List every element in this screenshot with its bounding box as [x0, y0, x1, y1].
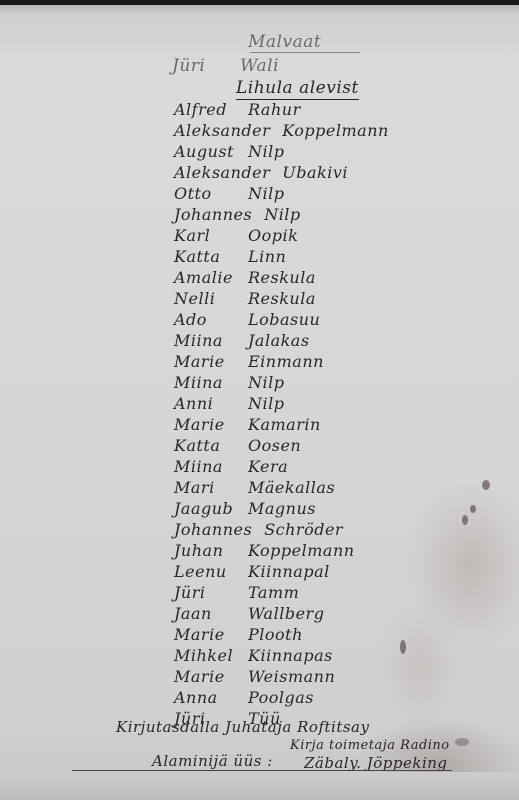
first-name: Alfred — [174, 100, 236, 119]
footer-signers-label: Alaminijä üüs : — [152, 752, 273, 770]
last-name: Magnus — [248, 499, 316, 518]
list-item: KarlOopik — [174, 226, 298, 245]
first-name: Katta — [174, 436, 236, 455]
first-name: Johannes — [174, 205, 252, 224]
first-name: Leenu — [174, 562, 236, 581]
last-name: Jalakas — [248, 331, 310, 350]
last-name: Reskula — [248, 289, 316, 308]
first-name: August — [174, 142, 236, 161]
last-name: Wallberg — [248, 604, 324, 623]
ink-stain — [455, 738, 469, 746]
last-name: Schröder — [264, 520, 343, 539]
last-name: Koppelmann — [248, 541, 355, 560]
first-name: Mihkel — [174, 646, 236, 665]
heading-left-fragment: Jüri — [172, 56, 205, 76]
list-item: KattaLinn — [174, 247, 286, 266]
list-item: MiinaJalakas — [174, 331, 310, 350]
heading-subtitle: Wali — [240, 56, 279, 76]
last-name: Oopik — [248, 226, 298, 245]
last-name: Poolgas — [248, 688, 314, 707]
list-item: JuhanKoppelmann — [174, 541, 355, 560]
first-name: Nelli — [174, 289, 236, 308]
ink-stain — [462, 515, 468, 525]
list-item: AlfredRahur — [174, 100, 301, 119]
last-name: Nilp — [248, 184, 284, 203]
first-name: Ado — [174, 310, 236, 329]
last-name: Nilp — [248, 142, 284, 161]
last-name: Nilp — [248, 394, 284, 413]
last-name: Reskula — [248, 268, 316, 287]
list-item: AdoLobasuu — [174, 310, 320, 329]
first-name: Anna — [174, 688, 236, 707]
list-item: JüriTamm — [174, 583, 299, 602]
last-name: Plooth — [248, 625, 303, 644]
list-item: MariMäekallas — [174, 478, 335, 497]
photo-bottom-edge — [0, 772, 519, 800]
first-name: Johannes — [174, 520, 252, 539]
list-item: MariePlooth — [174, 625, 303, 644]
photo-top-edge — [0, 5, 519, 15]
list-item: JohannesSchröder — [174, 520, 343, 539]
last-name: Mäekallas — [248, 478, 335, 497]
last-name: Nilp — [264, 205, 300, 224]
last-name: Ubakivi — [282, 163, 348, 182]
first-name: Marie — [174, 667, 236, 686]
last-name: Tamm — [248, 583, 299, 602]
first-name: Jüri — [174, 583, 236, 602]
last-name: Koppelmann — [282, 121, 389, 140]
first-name: Amalie — [174, 268, 236, 287]
list-item: JohannesNilp — [174, 205, 301, 224]
heading-title: Malvaat — [248, 32, 321, 52]
list-item: AleksanderKoppelmann — [174, 121, 389, 140]
list-item: NelliReskula — [174, 289, 316, 308]
list-item: JaanWallberg — [174, 604, 324, 623]
last-name: Kamarin — [248, 415, 321, 434]
first-name: Anni — [174, 394, 236, 413]
list-item: MarieWeismann — [174, 667, 335, 686]
first-name: Miina — [174, 331, 236, 350]
list-item: OttoNilp — [174, 184, 284, 203]
first-name: Mari — [174, 478, 236, 497]
last-name: Kiinnapal — [248, 562, 330, 581]
list-item: AnnaPoolgas — [174, 688, 314, 707]
list-item: MarieEinmann — [174, 352, 324, 371]
list-item: AugustNilp — [174, 142, 284, 161]
footer-rule — [72, 770, 452, 771]
first-name: Miina — [174, 373, 236, 392]
ink-stain — [400, 640, 406, 654]
last-name: Kiinnapas — [248, 646, 333, 665]
first-name: Otto — [174, 184, 236, 203]
first-name: Juhan — [174, 541, 236, 560]
list-item: MiinaKera — [174, 457, 288, 476]
list-item: AnniNilp — [174, 394, 284, 413]
last-name: Kera — [248, 457, 288, 476]
first-name: Aleksander — [174, 121, 270, 140]
first-name: Jaan — [174, 604, 236, 623]
footer-secretary-line: Kirja toimetaja Radino — [290, 738, 450, 753]
first-name: Aleksander — [174, 163, 270, 182]
list-item: MarieKamarin — [174, 415, 321, 434]
heading-title-underline — [250, 52, 360, 53]
last-name: Linn — [248, 247, 286, 266]
first-name: Marie — [174, 415, 236, 434]
first-name: Jaagub — [174, 499, 236, 518]
last-name: Einmann — [248, 352, 324, 371]
last-name: Nilp — [248, 373, 284, 392]
ink-stain — [482, 480, 490, 490]
last-name: Oosen — [248, 436, 301, 455]
list-item: JaagubMagnus — [174, 499, 316, 518]
first-name: Marie — [174, 352, 236, 371]
first-name: Miina — [174, 457, 236, 476]
list-item: MihkelKiinnapas — [174, 646, 333, 665]
list-item: LeenuKiinnapal — [174, 562, 330, 581]
footer-chair-line: Kirjutasdalla Juhataja Roftitsay — [116, 718, 369, 736]
last-name: Lobasuu — [248, 310, 320, 329]
last-name: Weismann — [248, 667, 335, 686]
section-title: Lihula alevist — [236, 78, 359, 100]
list-item: KattaOosen — [174, 436, 301, 455]
first-name: Katta — [174, 247, 236, 266]
list-item: AmalieReskula — [174, 268, 316, 287]
ink-stain — [470, 505, 476, 513]
list-item: MiinaNilp — [174, 373, 284, 392]
list-item: AleksanderUbakivi — [174, 163, 348, 182]
last-name: Rahur — [248, 100, 301, 119]
first-name: Marie — [174, 625, 236, 644]
first-name: Karl — [174, 226, 236, 245]
